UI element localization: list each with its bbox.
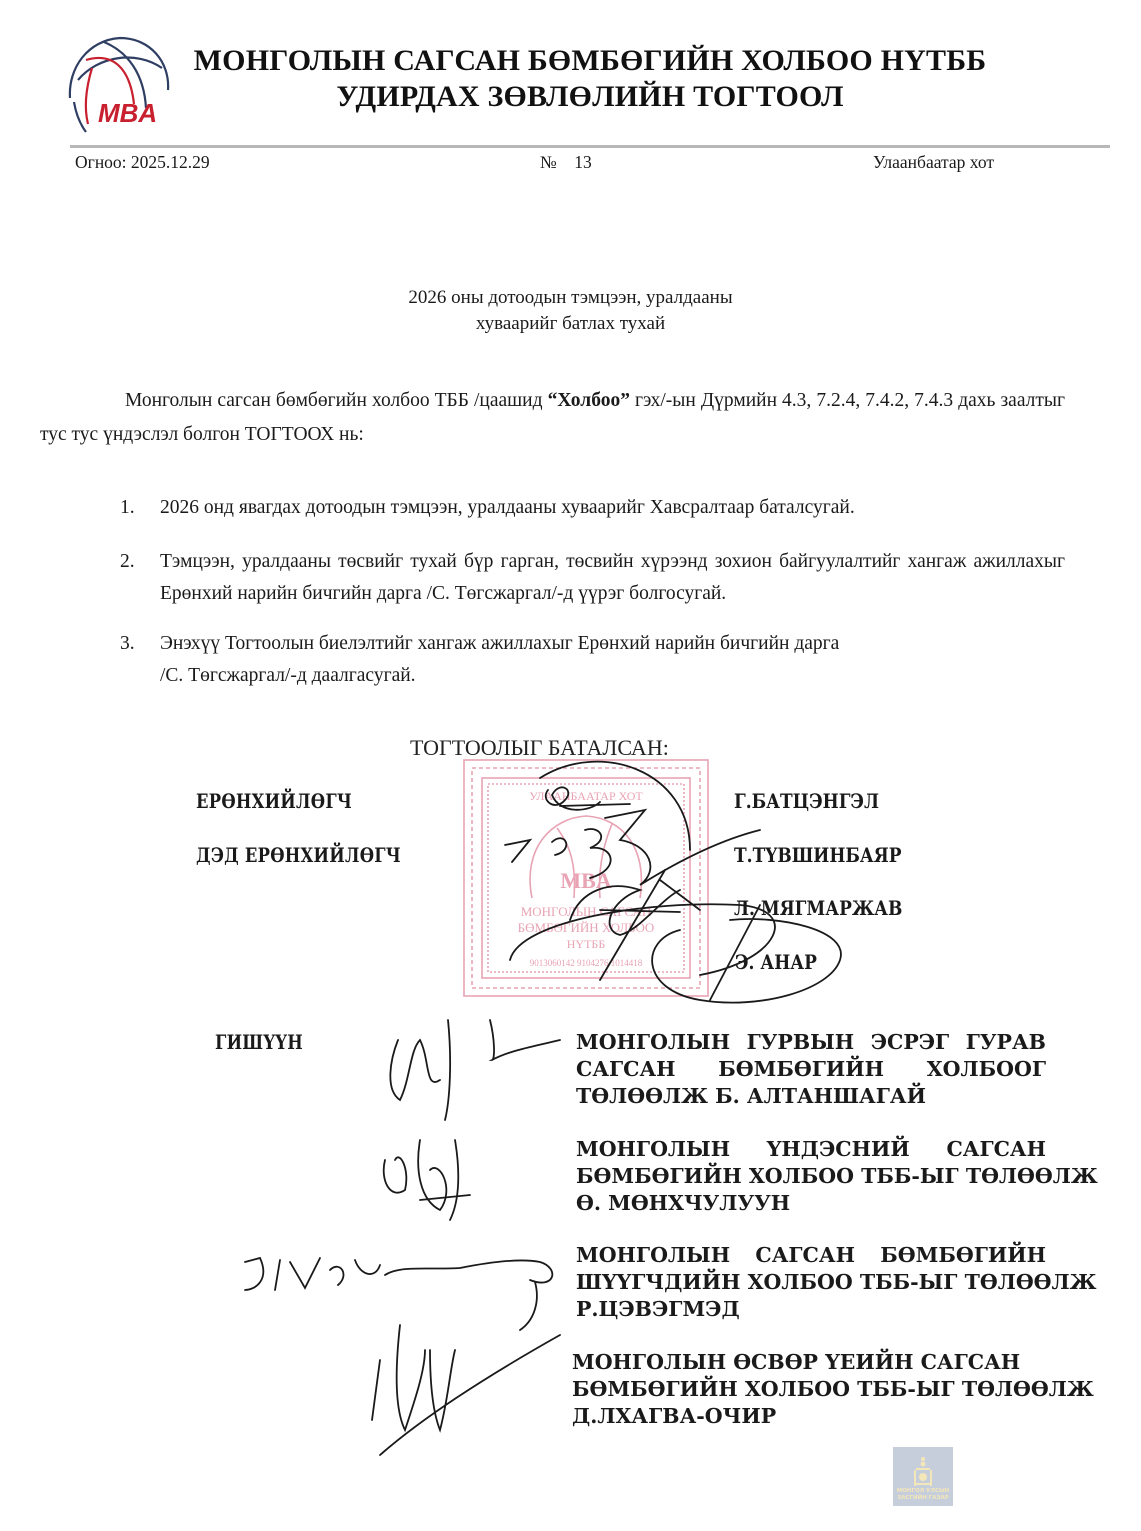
member-block-3: МОНГОЛЫНСАГСАНБӨМБӨГИЙН ШҮҮГЧДИЙН ХОЛБОО… xyxy=(576,1242,1046,1323)
member-block-2: МОНГОЛЫНҮНДЭСНИЙСАГСАН БӨМБӨГИЙН ХОЛБОО … xyxy=(576,1136,1046,1217)
svg-text:MBA: MBA xyxy=(560,868,611,893)
resolution-item-1: 1. 2026 онд явагдах дотоодын тэмцээн, ур… xyxy=(120,492,1065,526)
svg-text:MBA: MBA xyxy=(98,98,157,128)
signature-member-2 xyxy=(384,1140,470,1220)
badge-line2: ЗАСГИЙН ГАЗАР xyxy=(897,1495,948,1502)
resolution-text: Энэхүү Тогтоолын биелэлтийг хангаж ажилл… xyxy=(160,628,1065,692)
preamble-bold-term: “Холбоо” xyxy=(548,390,630,411)
document-title-line1: МОНГОЛЫН САГСАН БӨМБӨГИЙН ХОЛБОО НҮТББ xyxy=(170,44,1010,78)
role-president: ЕРӨНХИЙЛӨГЧ xyxy=(196,789,352,813)
name-president: Г.БАТЦЭНГЭЛ xyxy=(734,789,879,813)
name-vice-president-1: Т.ТҮВШИНБАЯР xyxy=(734,843,902,867)
member-block-1: МОНГОЛЫНГУРВЫНЭСРЭГГУРАВ САГСАНБӨМБӨГИЙН… xyxy=(576,1029,1046,1110)
resolution-text: Тэмцээн, уралдааны төсвийг тухай бүр гар… xyxy=(160,546,1065,610)
svg-text:УЛААНБААТАР ХОТ: УЛААНБААТАР ХОТ xyxy=(529,789,643,803)
document-subject: 2026 оны дотоодын тэмцээн, уралдааны хув… xyxy=(0,285,1141,337)
number-label: № xyxy=(540,152,557,172)
role-vice-president: ДЭД ЕРӨНХИЙЛӨГЧ xyxy=(196,843,401,867)
document-location: Улаанбаатар хот xyxy=(873,152,994,173)
signature-member-1 xyxy=(390,1020,560,1120)
subject-line2: хуваарийг батлах тухай xyxy=(0,311,1141,337)
header-divider xyxy=(70,145,1110,148)
document-title-line2: УДИРДАХ ЗӨВЛӨЛИЙН ТОГТООЛ xyxy=(170,80,1010,114)
name-vice-president-3: Э. АНАР xyxy=(735,950,817,974)
preamble-paragraph: Монголын сагсан бөмбөгийн холбоо ТББ /ца… xyxy=(40,384,1065,452)
svg-text:9013060142 9104276 1014418: 9013060142 9104276 1014418 xyxy=(530,958,643,968)
role-member: ГИШҮҮН xyxy=(215,1030,303,1054)
member-block-4: МОНГОЛЫН ӨСВӨР ҮЕИЙН САГСАН БӨМБӨГИЙН ХО… xyxy=(572,1349,1042,1430)
document-date: Огноо: 2025.12.29 xyxy=(75,152,210,173)
signature-member-4 xyxy=(372,1325,560,1455)
preamble-text: Монголын сагсан бөмбөгийн холбоо ТББ /ца… xyxy=(125,390,548,411)
svg-text:НҮТББ: НҮТББ xyxy=(567,937,606,951)
name-vice-president-2: Л. МЯГМАРЖАВ xyxy=(734,896,902,920)
resolution-number: 3. xyxy=(120,628,135,660)
approval-heading: ТОГТООЛЫГ БАТАЛСАН: xyxy=(410,735,669,761)
number-value: 13 xyxy=(574,152,592,172)
subject-line1: 2026 оны дотоодын тэмцээн, уралдааны xyxy=(0,285,1141,311)
resolution-text: 2026 онд явагдах дотоодын тэмцээн, уралд… xyxy=(160,492,1065,524)
document-number: № 13 xyxy=(540,152,592,173)
svg-text:БӨМБӨГИЙН ХОЛБОО: БӨМБӨГИЙН ХОЛБОО xyxy=(518,920,655,935)
government-badge: МОНГОЛ УЛСЫН ЗАСГИЙН ГАЗАР xyxy=(893,1447,953,1506)
signature-member-3 xyxy=(245,1258,552,1330)
resolution-number: 1. xyxy=(120,492,135,524)
resolution-number: 2. xyxy=(120,546,135,578)
soyombo-icon xyxy=(912,1456,934,1488)
resolution-item-2: 2. Тэмцээн, уралдааны төсвийг тухай бүр … xyxy=(120,546,1065,616)
badge-line1: МОНГОЛ УЛСЫН xyxy=(897,1488,950,1495)
mba-logo: MBA xyxy=(58,28,178,136)
svg-text:МОНГОЛЫН САГСАН: МОНГОЛЫН САГСАН xyxy=(521,904,652,919)
resolution-item-3: 3. Энэхүү Тогтоолын биелэлтийг хангаж аж… xyxy=(120,628,1065,698)
official-stamp: УЛААНБААТАР ХОТ MBA МОНГОЛЫН САГСАН БӨМБ… xyxy=(462,758,710,998)
